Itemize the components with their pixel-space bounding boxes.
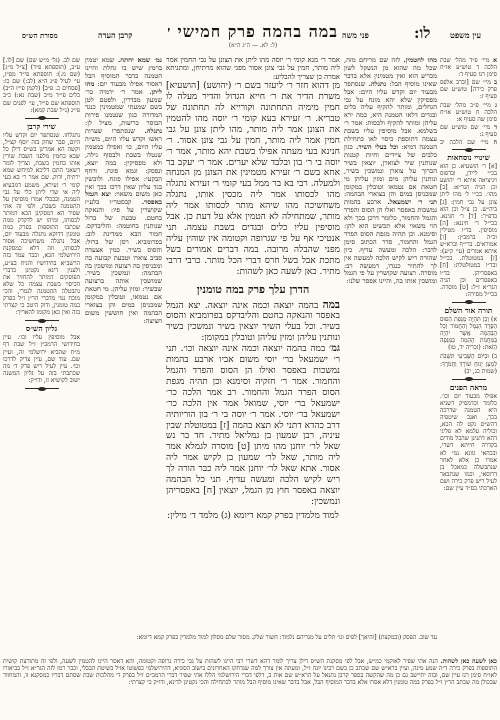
daf-number: לו: xyxy=(414,24,430,43)
ein-text: מיי׳ שם טוש״ע שם סעיף ג: xyxy=(440,124,497,138)
gilyon-hashas-text: אבל מוסיפין עליו וכו׳. עיין בחידושי הרמב… xyxy=(3,334,80,384)
torah-or-verse: א) וְכֵן תִּהְיֶה מַגֵּפַת הַסּוּס הַפֶּ… xyxy=(440,316,497,351)
talmud-yerushalmi-page: עין משפט לו: פני משה במה בהמה פרק חמישי … xyxy=(0,0,500,720)
masoret-hashas-text: שם לב. (גל׳ מ״ש שם) שם [לו.] ע״ב, (תוספת… xyxy=(3,57,80,114)
pnei-moshe-entry-body: ארבע בהמות נמשכות באפסר ואלו הן הסוס והפ… xyxy=(344,198,437,285)
page-header: עין משפט לו: פני משה במה בהמה פרק חמישי … xyxy=(0,22,500,54)
gilyon-hashas-title: גליון הש״ס xyxy=(3,325,80,332)
mishnah-lead-word: במה xyxy=(323,300,340,311)
gemara-column: אמר ר׳ מנא קומי ר׳ יוסה מהו ליתן את הצונ… xyxy=(166,56,340,628)
mishnah-body: בהמה יוצאה וכמה אינה יוצאה. יצא הגמל באפ… xyxy=(166,301,340,344)
pnei-moshe-entry-lead: נתגלה. xyxy=(369,80,387,88)
ein-text: מיי׳ פ״כ מהל׳ שבת הלכה ח טוש״ע או״ח סימן… xyxy=(440,102,497,123)
bottom-commentary-lead: כאן לשעה כאן לשהות. xyxy=(440,658,497,665)
ein-mishpat-entry: ה מיי׳ שם הלכה יב טוש״ע שם סעיף ח: xyxy=(440,139,497,145)
header-pnei-moshe: פני משה xyxy=(342,30,369,40)
pnei-moshe-entry-lead: וכל בעלי השיר. xyxy=(356,143,398,151)
page-title: במה בהמה פרק חמישי שבת xyxy=(168,22,338,42)
ein-letter: ה xyxy=(494,139,497,145)
section-divider xyxy=(3,118,80,119)
korban-entry-lead: נתגלה. xyxy=(144,127,162,135)
bottom-full-width-commentary: כאן לשעה כאן לשהות. הנה אתי שפיר לאוקמי … xyxy=(3,658,497,717)
page-subtitle: (ל: לא. — ה״ג ה״א) xyxy=(168,42,338,49)
section-divider xyxy=(3,320,80,321)
ein-mishpat-entry: ב מיי׳ שם [וברב אלפס פרק כירה] טוש״ע שם … xyxy=(440,79,497,100)
header-ein-mishpat: עין משפט xyxy=(450,30,481,40)
shirei-korban-title: שירי קרבן xyxy=(3,123,80,130)
gemara-lead-word: גמ׳ xyxy=(329,344,340,354)
shinuyei-nuschaot-title: שינויי נוסחאות xyxy=(440,154,497,161)
torah-or-title: תורה אור השלם xyxy=(440,307,497,314)
ein-text: מיי׳ שם הלכה יב טוש״ע שם סעיף ח: xyxy=(440,139,497,145)
pnei-moshe-entry-lead: תני ר׳ ישמעאל. xyxy=(388,198,438,206)
pnei-moshe-entry-body: שנסתפר מבעוד יום וקדש עליו היום: אבל מפס… xyxy=(344,80,437,151)
ein-mishpat-entry: א מיי׳ פ״ד מהל׳ שבת הלכה ד טוש״ע או״ח סי… xyxy=(440,57,497,78)
torah-or-verse: ב) וּבַיּוֹם הַשְּׁבִיעִי תִּשְׁבֹּת לְמ… xyxy=(440,353,497,374)
gemara-chapter4-text: מן דהוא חזר ר׳ ליעזר בשם ר׳ (יהושע) [הוש… xyxy=(166,81,340,277)
ein-letter: ג xyxy=(495,102,497,109)
ein-mishpat-entries: א מיי׳ פ״ד מהל׳ שבת הלכה ד טוש״ע או״ח סי… xyxy=(440,57,497,145)
ein-mishpat-entry: ד מיי׳ שם טוש״ע שם סעיף ג: xyxy=(440,124,497,138)
margin-column-left: שם לב. (גל׳ מ״ש שם) שם [לו.] ע״ב, (תוספת… xyxy=(3,57,80,689)
korban-entry-body: קבסטר״ו בלע״ז שקושרין על פיו: והנאקה בחט… xyxy=(85,198,162,325)
section-divider xyxy=(440,302,497,303)
margin-column-right: א מיי׳ פ״ד מהל׳ שבת הלכה ד טוש״ע או״ח סי… xyxy=(440,57,497,649)
shinuyei-nuschaot-text: [א] ר׳ הושעיא. כן הוא בכ״י ליידן, ובדפוס… xyxy=(440,163,497,298)
hadran-line: הדרן עלך פרק במה טומנין xyxy=(166,283,340,296)
gemara-body: במה בהמה יוצאה וכמה אינה יוצאה וכו׳. תני… xyxy=(166,344,340,507)
shirei-korban-text: נתגלחו. שנסתפר יום וקדש עליו היום, סבר ש… xyxy=(3,132,80,316)
ein-mishpat-entry: ג מיי׳ פ״כ מהל׳ שבת הלכה ח טוש״ע או״ח סי… xyxy=(440,102,497,123)
mareh-hapanim-title: מראה הפנים xyxy=(440,384,497,391)
header-masoret-hashas: מסורת הש״ס xyxy=(22,31,58,40)
bottom-commentary-body: הנה אתי שפיר לאוקמי כמ״ש, אבל לפי מסקנת … xyxy=(3,658,497,686)
ein-letter: ד xyxy=(494,124,497,131)
ein-letter: א xyxy=(493,57,497,64)
bottom-mid-text: עד שוב. הפסק (ובמקצת) [והיאך] לפים וגו׳ … xyxy=(85,634,437,655)
mishnah-text: במה בהמה יוצאה וכמה אינה יוצאה. יצא הגמל… xyxy=(166,300,340,345)
pnei-moshe-column: מהו להטמין. לזה שם מריחם מזה, שכל מה שהו… xyxy=(344,57,437,627)
gemara-closing-line: למוד מלמדין בפרק קמא דיומא (ג) מלמד ד׳ מ… xyxy=(166,510,340,521)
korban-haedah-column: גמ׳ שמא יחתה. שמא יטמין ברמץ שיש בו גחלת… xyxy=(85,57,162,627)
pnei-moshe-entry-body: כגון כלבים של ציידים וחיות קטנות שנותנין… xyxy=(344,143,437,198)
ein-text: מיי׳ פ״ד מהל׳ שבת הלכה ד טוש״ע או״ח סימן… xyxy=(440,57,497,78)
ein-letter: ב xyxy=(494,79,497,86)
section-divider xyxy=(440,149,497,150)
section-divider xyxy=(440,379,497,380)
ein-text: מיי׳ שם [וברב אלפס פרק כירה] טוש״ע שם סע… xyxy=(440,79,497,100)
mareh-hapanim-text: אפילו מבעוד יום וכו׳. כלומר וכדמסיק דשני… xyxy=(440,393,497,492)
gemara-chapter5-text: גמ׳ במה בהמה יוצאה וכמה אינה יוצאה וכו׳.… xyxy=(166,344,340,508)
gemara-intro-text: אמר ר׳ מנא קומי ר׳ יוסה מהו ליתן את הצונ… xyxy=(166,56,340,81)
korban-entry-body: שנסתפרו שערות ראשו וקדש עליו היום, מש״ה … xyxy=(85,127,162,198)
section-divider xyxy=(3,388,80,389)
header-korban-haedah: קרבן העדה xyxy=(98,30,132,40)
